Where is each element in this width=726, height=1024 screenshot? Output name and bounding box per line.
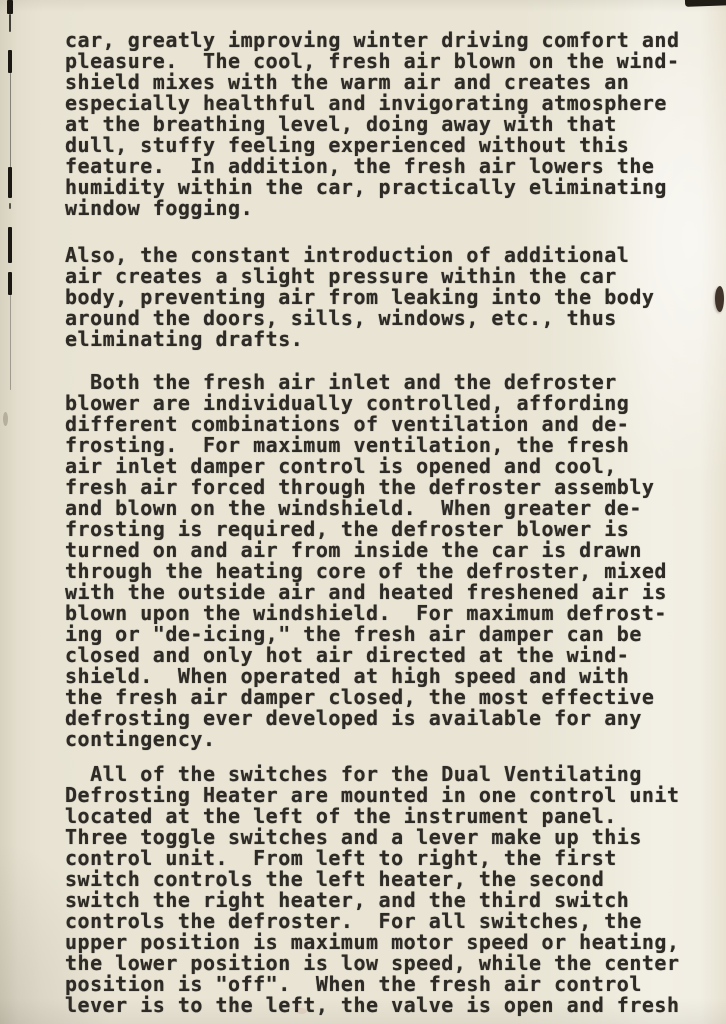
binding-mark bbox=[8, 227, 12, 263]
document-page: car, greatly improving winter driving co… bbox=[0, 0, 726, 1024]
paragraph-switches-control-unit: All of the switches for the Dual Ventila… bbox=[65, 764, 705, 1016]
binding-mark bbox=[10, 73, 11, 167]
binding-mark bbox=[9, 203, 11, 209]
paragraph-controls-defrosting: Both the fresh air inlet and the defrost… bbox=[65, 372, 705, 750]
paper-speck bbox=[3, 412, 8, 426]
paragraph-pressure-drafts: Also, the constant introduction of addit… bbox=[65, 245, 705, 350]
top-right-edge-shadow bbox=[685, 0, 726, 7]
right-edge-ink-blob bbox=[715, 286, 724, 312]
page-text: car, greatly improving winter driving co… bbox=[65, 30, 705, 1016]
binding-mark bbox=[7, 0, 13, 14]
binding-mark bbox=[10, 295, 11, 390]
binding-mark bbox=[9, 14, 11, 32]
binding-mark bbox=[8, 167, 12, 198]
binding-mark bbox=[8, 272, 12, 295]
paragraph-winter-comfort: car, greatly improving winter driving co… bbox=[65, 30, 705, 219]
binding-mark bbox=[8, 50, 12, 73]
